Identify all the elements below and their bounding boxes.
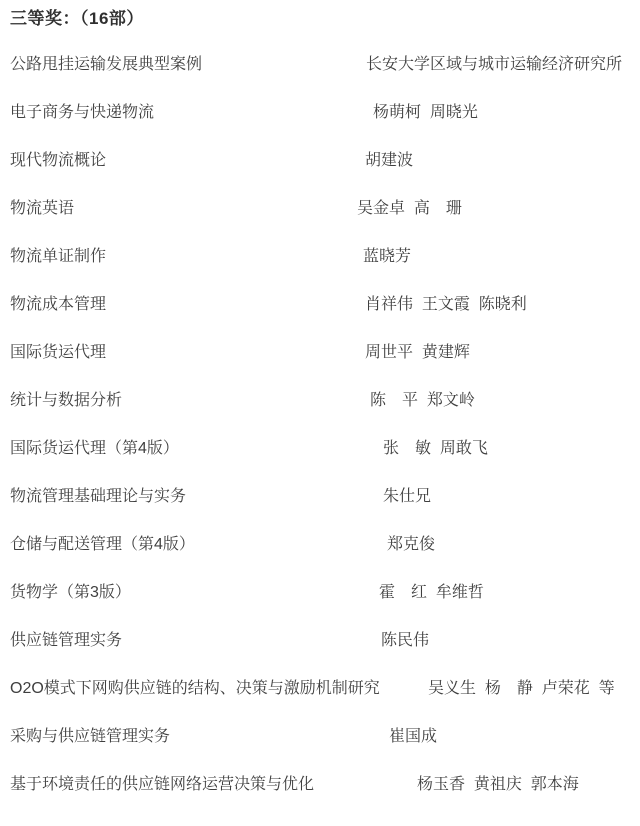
work-title: 仓储与配送管理（第4版） [10, 535, 195, 555]
award-list: 公路甩挂运输发展典型案例 长安大学区域与城市运输经济研究所 电子商务与快递物流 … [0, 55, 640, 823]
work-authors: 郑克俊 [387, 535, 435, 555]
work-authors: 长安大学区域与城市运输经济研究所 [366, 55, 622, 75]
award-row: 基于环境责任的供应链网络运营决策与优化 杨玉香 黄祖庆 郭本海 [0, 775, 640, 823]
award-row: 国际货运代理（第4版） 张 敏 周敢飞 [0, 439, 640, 487]
work-title: 现代物流概论 [10, 151, 106, 171]
work-authors: 霍 红 牟维哲 [379, 583, 484, 603]
award-row: 采购与供应链管理实务 崔国成 [0, 727, 640, 775]
award-row: 物流管理基础理论与实务 朱仕兄 [0, 487, 640, 535]
work-authors: 吴义生 杨 静 卢荣花 等 [428, 679, 615, 699]
work-authors: 杨萌柯 周晓光 [373, 103, 478, 123]
award-row: 公路甩挂运输发展典型案例 长安大学区域与城市运输经济研究所 [0, 55, 640, 103]
work-authors: 陈 平 郑文岭 [370, 391, 475, 411]
award-row: 货物学（第3版） 霍 红 牟维哲 [0, 583, 640, 631]
work-title: 公路甩挂运输发展典型案例 [10, 55, 202, 75]
work-authors: 吴金卓 高 珊 [357, 199, 462, 219]
work-title: 货物学（第3版） [10, 583, 131, 603]
work-title: 国际货运代理（第4版） [10, 439, 179, 459]
work-authors: 张 敏 周敢飞 [383, 439, 488, 459]
awards-page: 三等奖：（16部） 公路甩挂运输发展典型案例 长安大学区域与城市运输经济研究所 … [0, 0, 640, 826]
work-title: 国际货运代理 [10, 343, 106, 363]
award-row: 电子商务与快递物流 杨萌柯 周晓光 [0, 103, 640, 151]
work-authors: 朱仕兄 [383, 487, 431, 507]
work-title: 电子商务与快递物流 [10, 103, 154, 123]
award-row: 物流成本管理 肖祥伟 王文霞 陈晓利 [0, 295, 640, 343]
work-title: 物流成本管理 [10, 295, 106, 315]
work-authors: 肖祥伟 王文霞 陈晓利 [365, 295, 527, 315]
work-authors: 周世平 黄建辉 [365, 343, 470, 363]
work-authors: 崔国成 [389, 727, 437, 747]
award-row: 仓储与配送管理（第4版） 郑克俊 [0, 535, 640, 583]
work-title: 物流管理基础理论与实务 [10, 487, 186, 507]
work-authors: 杨玉香 黄祖庆 郭本海 [417, 775, 579, 795]
work-title: 基于环境责任的供应链网络运营决策与优化 [10, 775, 314, 795]
award-row: 国际货运代理 周世平 黄建辉 [0, 343, 640, 391]
work-title: 物流单证制作 [10, 247, 106, 267]
award-row: 供应链管理实务 陈民伟 [0, 631, 640, 679]
award-row: 统计与数据分析 陈 平 郑文岭 [0, 391, 640, 439]
section-heading: 三等奖：（16部） [0, 0, 640, 29]
work-title: 采购与供应链管理实务 [10, 727, 170, 747]
work-authors: 胡建波 [365, 151, 413, 171]
award-row: O2O模式下网购供应链的结构、决策与激励机制研究 吴义生 杨 静 卢荣花 等 [0, 679, 640, 727]
award-row: 物流单证制作 蓝晓芳 [0, 247, 640, 295]
work-authors: 蓝晓芳 [363, 247, 411, 267]
work-title: O2O模式下网购供应链的结构、决策与激励机制研究 [10, 679, 380, 699]
work-title: 供应链管理实务 [10, 631, 122, 651]
work-title: 统计与数据分析 [10, 391, 122, 411]
work-authors: 陈民伟 [381, 631, 429, 651]
work-title: 物流英语 [10, 199, 74, 219]
award-row: 现代物流概论 胡建波 [0, 151, 640, 199]
award-row: 物流英语 吴金卓 高 珊 [0, 199, 640, 247]
